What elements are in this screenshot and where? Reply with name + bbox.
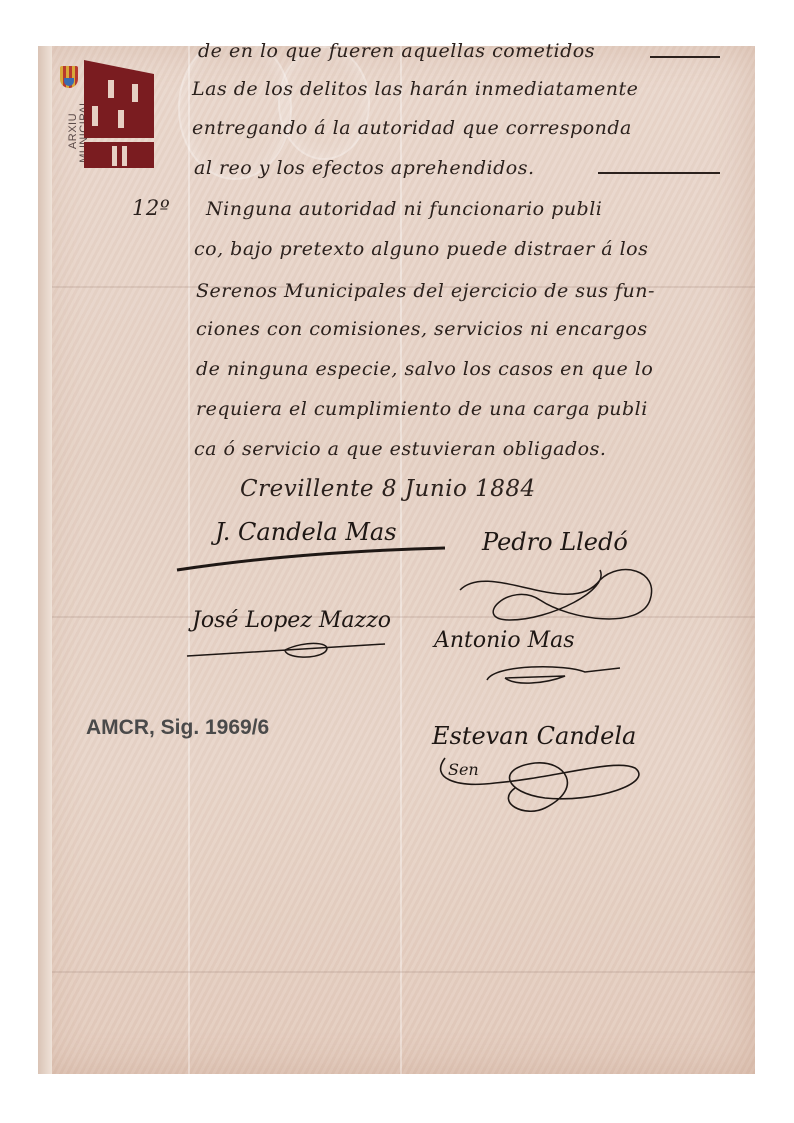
line-filler-rule bbox=[650, 56, 720, 58]
manuscript-line: entregando á la autoridad que correspond… bbox=[192, 117, 632, 139]
manuscript-line: Las de los delitos las harán inmediatame… bbox=[192, 78, 638, 100]
manuscript-line: de ninguna especie, salvo los casos en q… bbox=[196, 358, 653, 380]
article-number: 12º bbox=[132, 196, 170, 220]
signature-pedro-lledo: Pedro Lledó bbox=[482, 528, 628, 556]
signature-flourish bbox=[450, 560, 660, 630]
manuscript-line: de en lo que fueren aquellas cometidos bbox=[198, 40, 595, 62]
manuscript-line: al reo y los efectos aprehendidos. bbox=[194, 157, 535, 179]
archive-reference: AMCR, Sig. 1969/6 bbox=[86, 716, 269, 740]
signature-underline bbox=[175, 540, 455, 575]
building-base-icon bbox=[84, 142, 154, 168]
signature-flourish bbox=[485, 660, 625, 690]
signature-estevan: Estevan Candela bbox=[432, 722, 636, 750]
page-margin-edge bbox=[38, 46, 52, 1074]
archive-logo: ARXIU MUNICIPAL bbox=[58, 60, 154, 168]
manuscript-line: co, bajo pretexto alguno puede distraer … bbox=[194, 238, 648, 260]
paper-fold bbox=[38, 971, 755, 973]
embossed-seal bbox=[278, 46, 370, 160]
line-filler-rule bbox=[598, 172, 720, 174]
signature-jose-lopez-mazzo: José Lopez Mazzo bbox=[192, 608, 391, 633]
signature-flourish bbox=[435, 748, 655, 818]
signature-underline bbox=[185, 638, 395, 663]
manuscript-line: Serenos Municipales del ejercicio de sus… bbox=[196, 280, 655, 302]
manuscript-line: ciones con comisiones, servicios ni enca… bbox=[196, 318, 648, 340]
manuscript-line: Ninguna autoridad ni funcionario publi bbox=[206, 198, 602, 220]
signature-antonio-mas: Antonio Mas bbox=[434, 628, 575, 653]
manuscript-line: ca ó servicio a que estuvieran obligados… bbox=[194, 438, 606, 460]
manuscript-line: requiera el cumplimiento de una carga pu… bbox=[196, 398, 648, 420]
building-icon bbox=[84, 60, 154, 138]
date-line: Crevillente 8 Junio 1884 bbox=[240, 476, 536, 502]
